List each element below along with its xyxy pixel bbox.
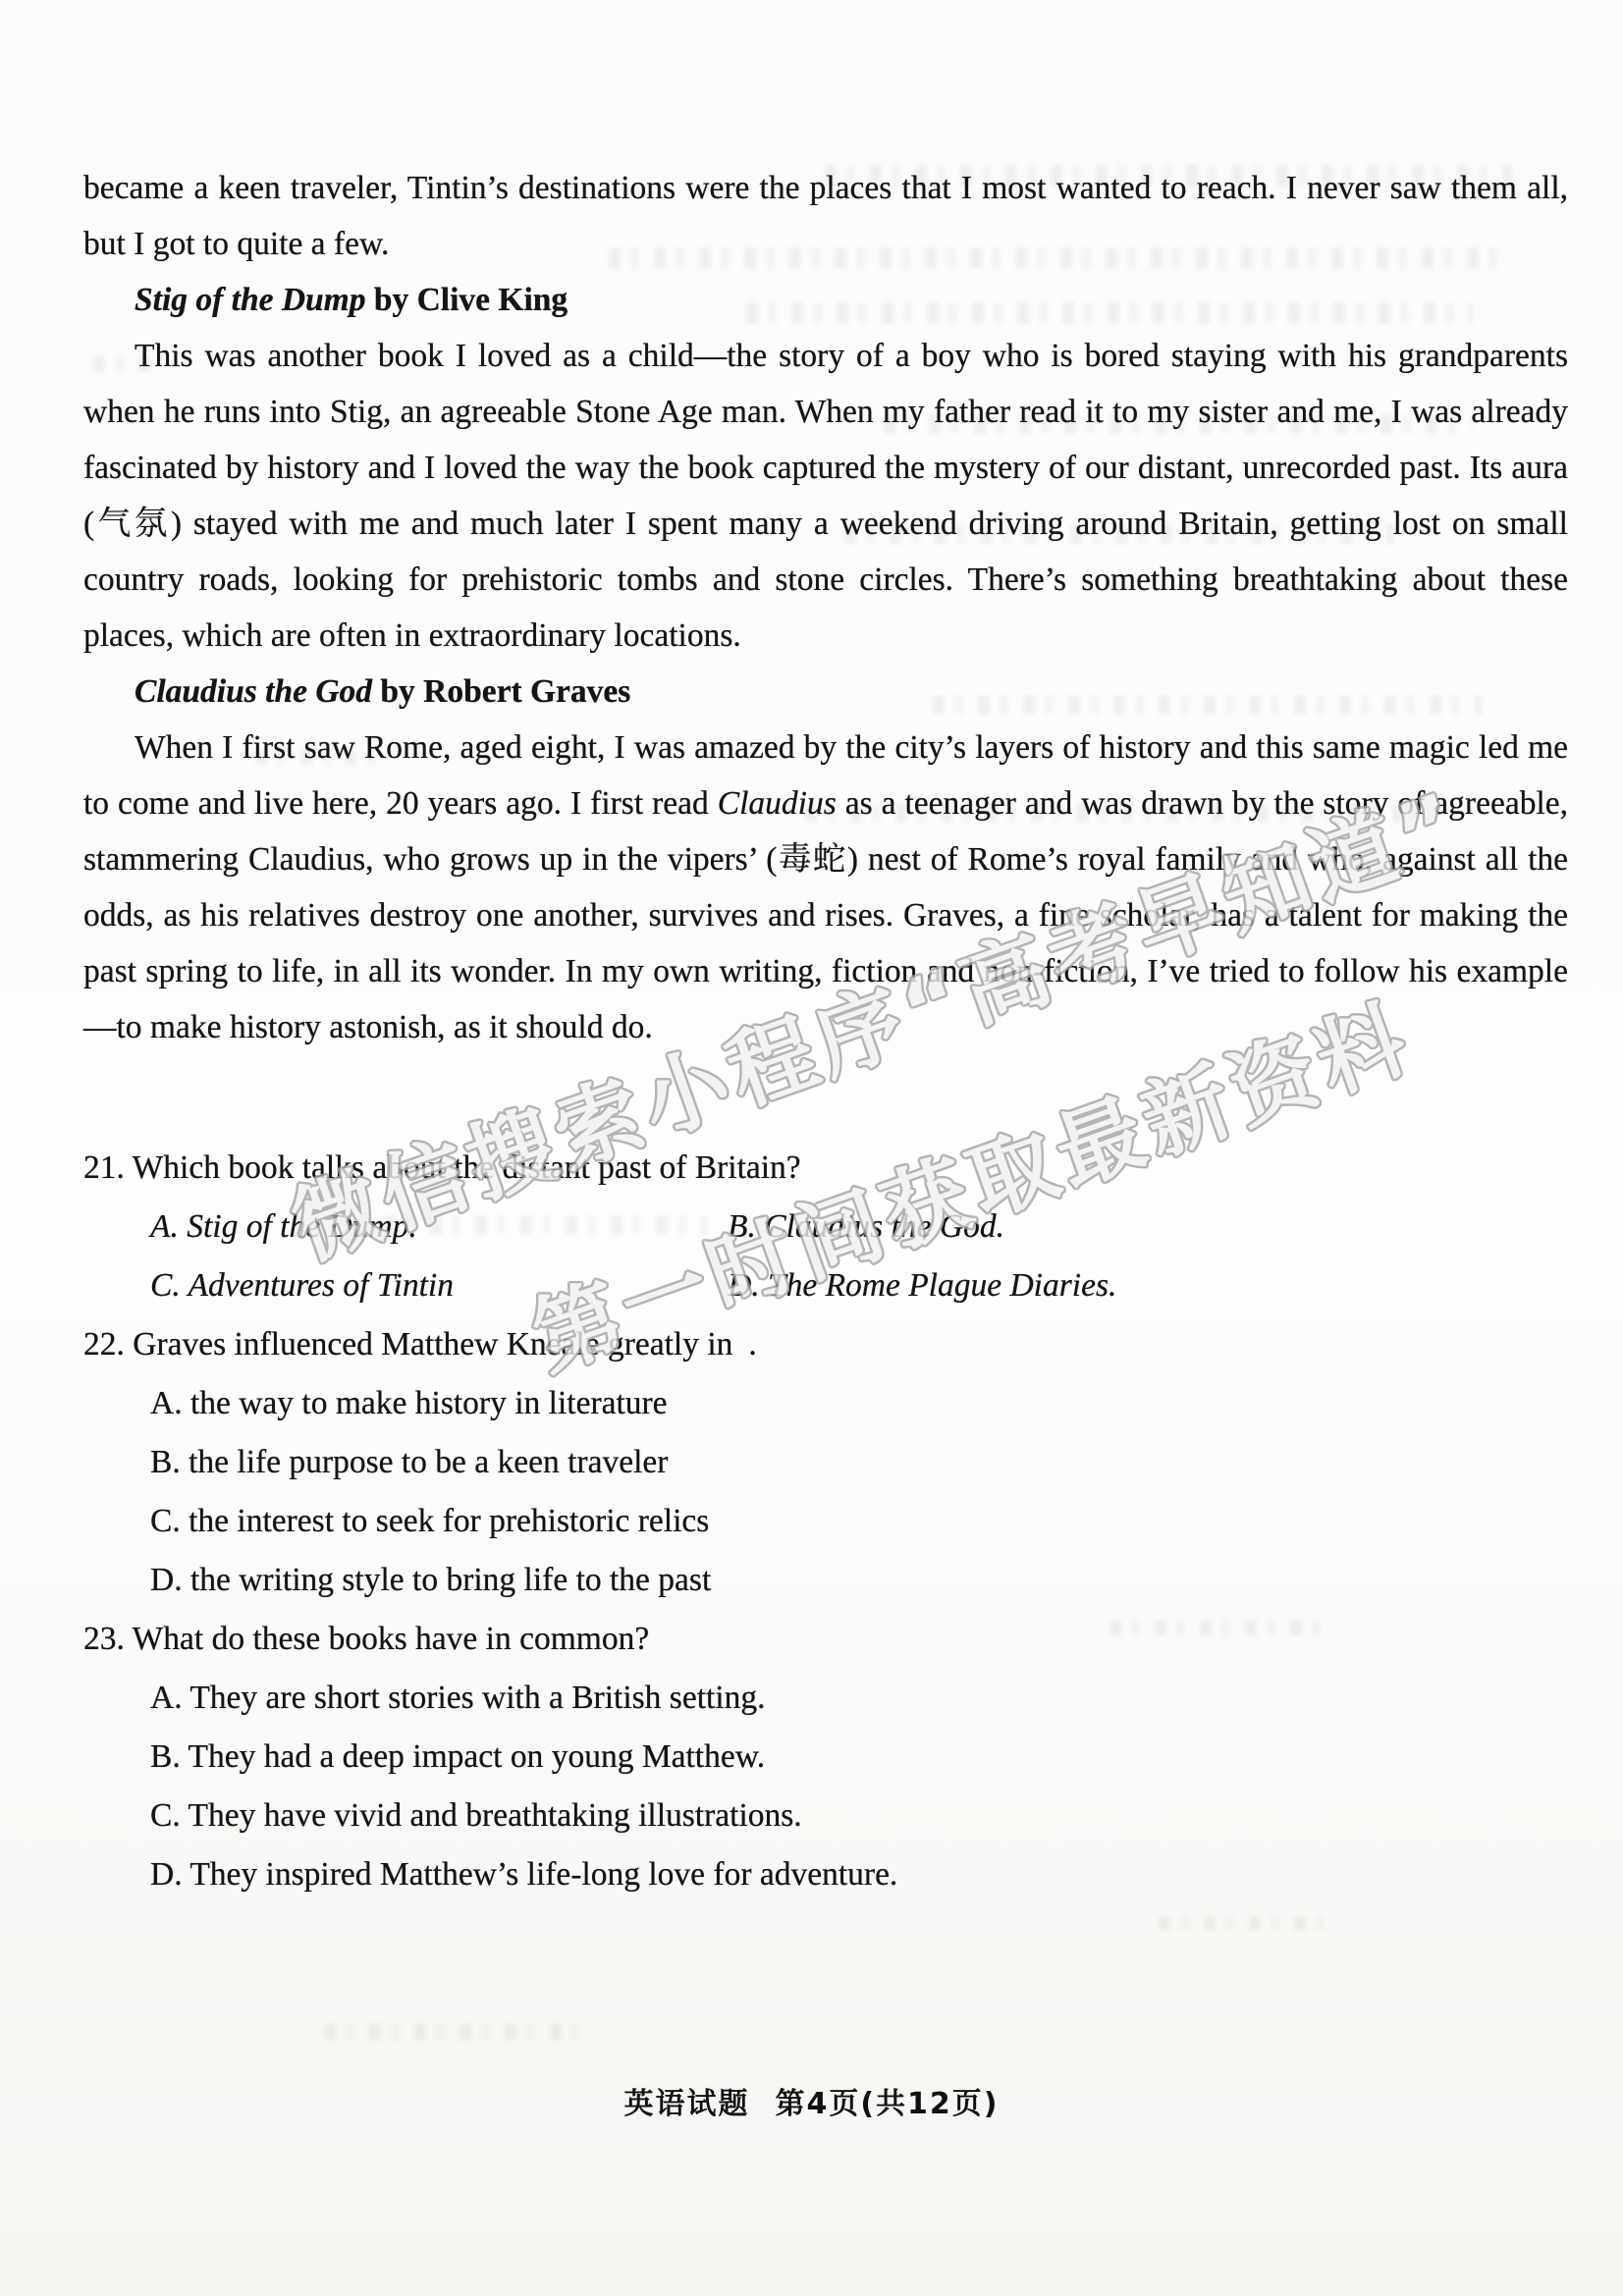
question-23-option-c: C. They have vivid and breathtaking illu… (83, 1787, 1568, 1845)
question-21-option-b: B. Claudius the God. (728, 1198, 1568, 1256)
question-22-option-c: C. the interest to seek for prehistoric … (83, 1492, 1568, 1551)
question-23: 23. What do these books have in common? … (83, 1610, 1568, 1904)
question-22-option-a: A. the way to make history in literature (83, 1374, 1568, 1433)
ghost-text-smudge (1159, 1916, 1325, 1930)
exam-title-label: 英语试题 (623, 2087, 749, 2121)
passage-continuation-paragraph: became a keen traveler, Tintin’s destina… (83, 160, 1568, 272)
ghost-text-smudge (324, 2024, 579, 2040)
book2-paragraph-italic-title: Claudius (718, 785, 837, 822)
question-23-stem: 23. What do these books have in common? (83, 1610, 1568, 1669)
book2-byline: by Robert Graves (372, 673, 630, 710)
question-23-option-d: D. They inspired Matthew’s life-long lov… (83, 1845, 1568, 1904)
question-21-option-c: C. Adventures of Tintin (150, 1256, 728, 1315)
question-21-options: A. Stig of the Dump. B. Claudius the God… (83, 1198, 1568, 1315)
scanned-exam-page: became a keen traveler, Tintin’s destina… (0, 0, 1623, 2296)
question-23-option-a: A. They are short stories with a British… (83, 1669, 1568, 1728)
question-22-stem: 22. Graves influenced Matthew Kneale gre… (83, 1315, 1568, 1374)
book2-heading: Claudius the God by Robert Graves (83, 664, 1568, 720)
question-22-option-b: B. the life purpose to be a keen travele… (83, 1433, 1568, 1492)
book1-paragraph: This was another book I loved as a child… (83, 328, 1568, 664)
book1-title: Stig of the Dump (135, 282, 365, 318)
book1-heading: Stig of the Dump by Clive King (83, 272, 1568, 328)
book1-byline: by Clive King (365, 282, 568, 318)
question-23-option-b: B. They had a deep impact on young Matth… (83, 1728, 1568, 1787)
question-21-option-a: A. Stig of the Dump. (150, 1198, 728, 1256)
book2-paragraph-part2: as a teenager and was drawn by the story… (83, 785, 1568, 1045)
question-21-stem: 21. Which book talks about the distant p… (83, 1139, 1568, 1198)
book2-title: Claudius the God (135, 673, 372, 710)
questions-section: 21. Which book talks about the distant p… (83, 1139, 1568, 1904)
question-21: 21. Which book talks about the distant p… (83, 1139, 1568, 1315)
page-footer: 英语试题第4页(共12页) (0, 2079, 1623, 2122)
page-number: 第4页(共12页) (775, 2087, 999, 2121)
question-22-stem-text: 22. Graves influenced Matthew Kneale gre… (83, 1326, 732, 1362)
question-22-blank-period: . (748, 1315, 756, 1374)
question-22: 22. Graves influenced Matthew Kneale gre… (83, 1315, 1568, 1610)
exam-text-column: became a keen traveler, Tintin’s destina… (83, 160, 1568, 1904)
question-22-option-d: D. the writing style to bring life to th… (83, 1551, 1568, 1610)
book2-paragraph: When I first saw Rome, aged eight, I was… (83, 720, 1568, 1055)
question-21-option-d: D. The Rome Plague Diaries. (728, 1256, 1568, 1315)
